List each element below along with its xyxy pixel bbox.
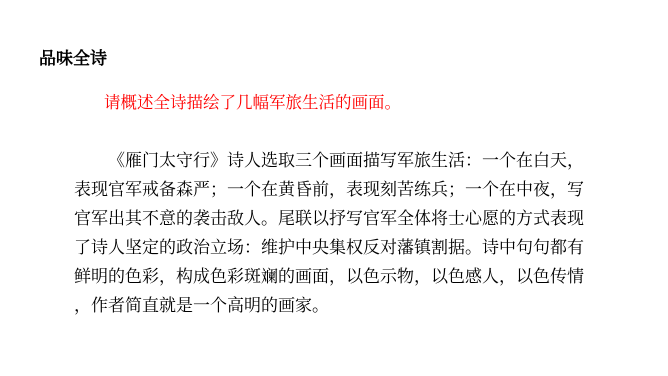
slide-title: 品味全诗 (39, 48, 107, 70)
presentation-slide: 品味全诗 请概述全诗描绘了几幅军旅生活的画面。 《雁门太守行》诗人选取三个画面描… (0, 0, 668, 376)
body-line-3: 官军出其不意的袭击敌人。尾联以抒写官军全体将士心愿的方式表现 (74, 204, 590, 233)
body-line-5: 鲜明的色彩，构成色彩斑斓的画面，以色示物，以色感人，以色传情 (74, 262, 590, 291)
body-line-4: 了诗人坚定的政治立场：维护中央集权反对藩镇割据。诗中句句都有 (74, 233, 590, 262)
body-line-6: ，作者简直就是一个高明的画家。 (74, 291, 590, 320)
body-paragraph: 《雁门太守行》诗人选取三个画面描写军旅生活：一个在白天， 表现官军戒备森严；一个… (74, 146, 590, 320)
body-line-1: 《雁门太守行》诗人选取三个画面描写军旅生活：一个在白天， (74, 146, 590, 175)
body-line-2: 表现官军戒备森严；一个在黄昏前，表现刻苦练兵；一个在中夜，写 (74, 175, 590, 204)
question-text: 请概述全诗描绘了几幅军旅生活的画面。 (104, 92, 401, 114)
